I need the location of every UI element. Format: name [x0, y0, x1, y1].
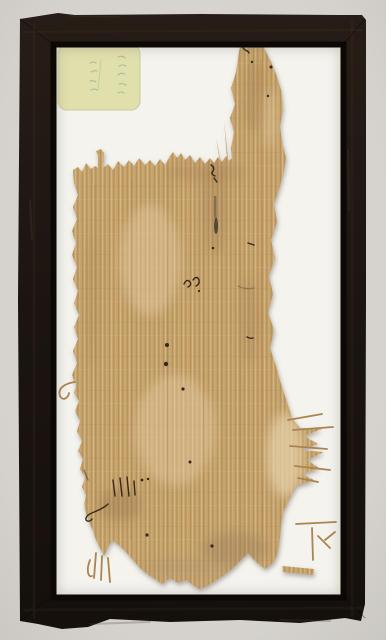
- framed-papyrus-photo: [0, 0, 386, 640]
- inventory-label: [58, 45, 140, 110]
